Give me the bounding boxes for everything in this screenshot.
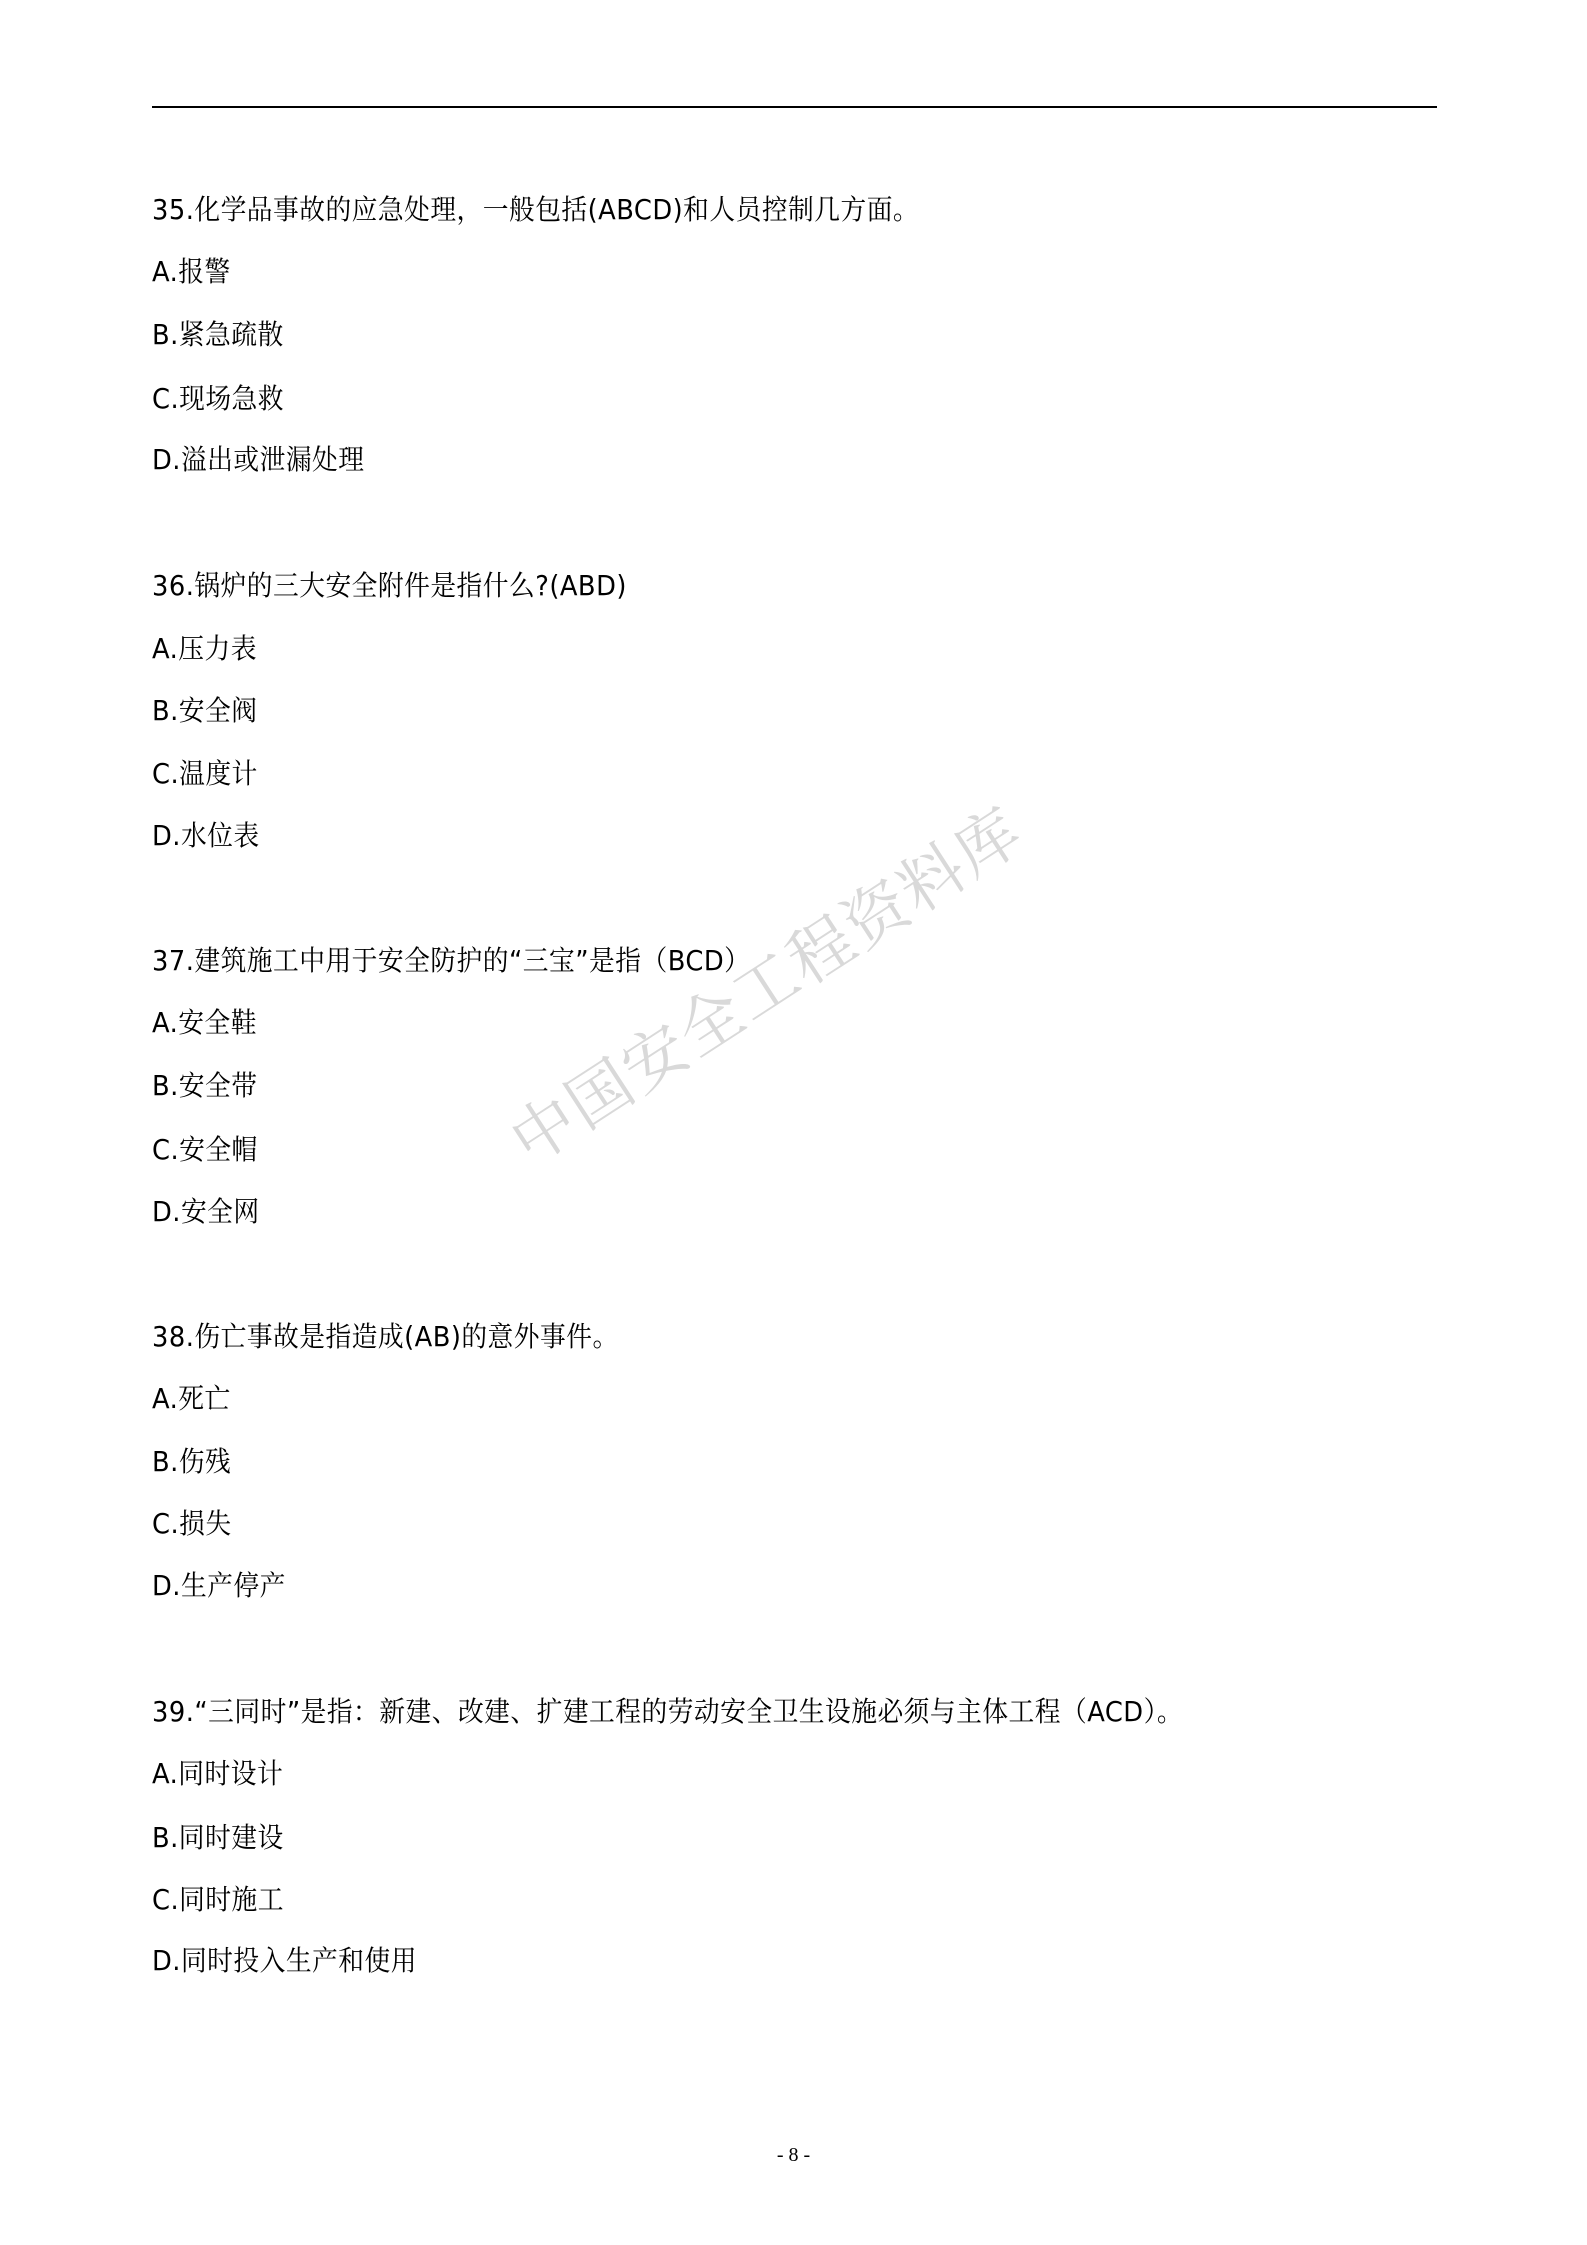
question-39-stem: 39.“三同时”是指：新建、改建、扩建工程的劳动安全卫生设施必须与主体工程（AC… bbox=[152, 1695, 1183, 1729]
header-rule bbox=[152, 106, 1437, 108]
question-35-option-c: C.现场急救 bbox=[152, 382, 284, 416]
question-36-option-d: D.水位表 bbox=[152, 819, 260, 853]
question-35-option-a: A.报警 bbox=[152, 255, 231, 289]
question-39-option-c: C.同时施工 bbox=[152, 1883, 284, 1917]
question-36-stem: 36.锅炉的三大安全附件是指什么?(ABD) bbox=[152, 569, 627, 603]
question-37-option-d: D.安全网 bbox=[152, 1195, 260, 1229]
question-38-option-d: D.生产停产 bbox=[152, 1569, 286, 1603]
question-39-option-a: A.同时设计 bbox=[152, 1757, 283, 1791]
question-37-option-a: A.安全鞋 bbox=[152, 1006, 257, 1040]
question-36-option-c: C.温度计 bbox=[152, 757, 258, 791]
watermark: 中国安全工程资料库 bbox=[490, 781, 1038, 1182]
page-number: - 8 - bbox=[0, 2144, 1587, 2167]
question-38-option-b: B.伤残 bbox=[152, 1445, 231, 1479]
question-39-option-d: D.同时投入生产和使用 bbox=[152, 1944, 417, 1978]
question-38-option-a: A.死亡 bbox=[152, 1382, 231, 1416]
question-37-stem: 37.建筑施工中用于安全防护的“三宝”是指（BCD） bbox=[152, 944, 750, 978]
question-35-stem: 35.化学品事故的应急处理，一般包括(ABCD)和人员控制几方面。 bbox=[152, 193, 919, 227]
question-39-option-b: B.同时建设 bbox=[152, 1821, 284, 1855]
question-35-option-d: D.溢出或泄漏处理 bbox=[152, 443, 364, 477]
question-35-option-b: B.紧急疏散 bbox=[152, 318, 284, 352]
question-38-option-c: C.损失 bbox=[152, 1507, 232, 1541]
question-36-option-a: A.压力表 bbox=[152, 632, 257, 666]
question-37-option-b: B.安全带 bbox=[152, 1069, 257, 1103]
question-37-option-c: C.安全帽 bbox=[152, 1133, 258, 1167]
question-38-stem: 38.伤亡事故是指造成(AB)的意外事件。 bbox=[152, 1320, 619, 1354]
question-36-option-b: B.安全阀 bbox=[152, 694, 257, 728]
